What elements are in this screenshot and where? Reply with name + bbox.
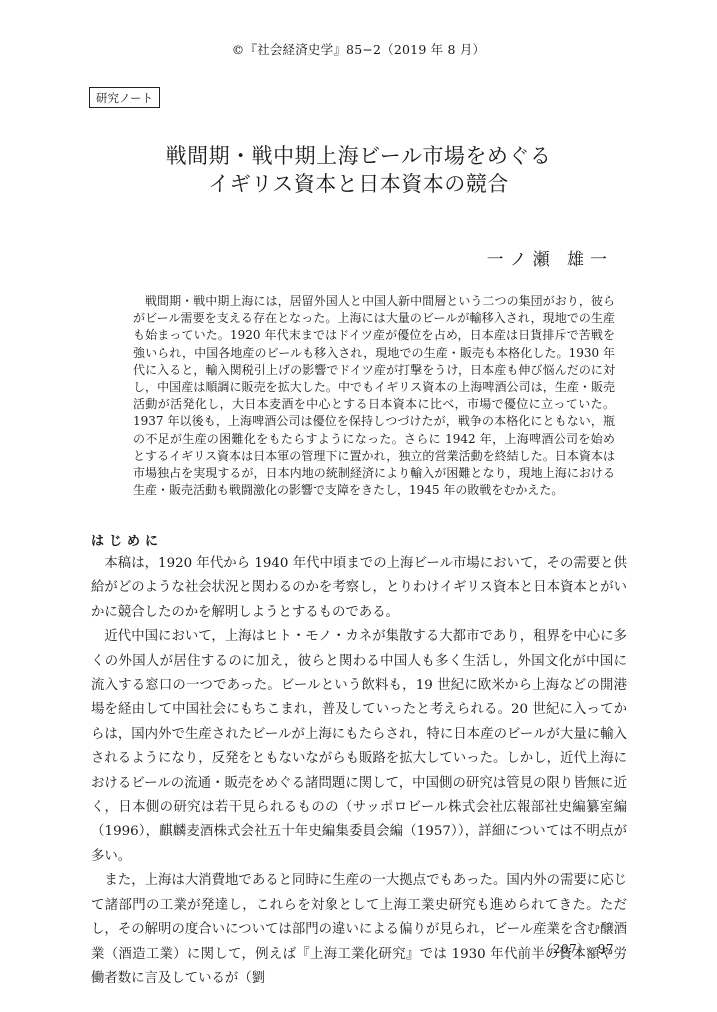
title-line-1: 戦間期・戦中期上海ビール市場をめぐる	[0, 142, 717, 170]
abstract: 戦間期・戦中期上海には，居留外国人と中国人新中間層という二つの集団がおり，彼らが…	[133, 293, 615, 499]
paragraph: 本稿は，1920 年代から 1940 年代中頃までの上海ビール市場において，その…	[91, 552, 627, 625]
page-number: 97	[598, 942, 614, 956]
original-page-number: （207）	[540, 942, 589, 956]
section-heading: はじめに	[91, 530, 163, 549]
paragraph: また，上海は大消費地であると同時に生産の一大拠点でもあった。国内外の需要に応じて…	[91, 869, 627, 991]
body-text: 本稿は，1920 年代から 1940 年代中頃までの上海ビール市場において，その…	[91, 552, 627, 991]
title-line-2: イギリス資本と日本資本の競合	[0, 170, 717, 198]
article-title: 戦間期・戦中期上海ビール市場をめぐる イギリス資本と日本資本の競合	[0, 142, 717, 198]
article-type-label: 研究ノート	[89, 87, 160, 108]
journal-header: ©『社会経済史学』85−2（2019 年 8 月）	[0, 40, 717, 58]
page-footer: （207）97	[532, 940, 614, 957]
abstract-text: 戦間期・戦中期上海には，居留外国人と中国人新中間層という二つの集団がおり，彼らが…	[133, 293, 615, 499]
author-name: 一ノ瀬 雄一	[487, 245, 613, 270]
paragraph: 近代中国において，上海はヒト・モノ・カネが集散する大都市であり，租界を中心に多く…	[91, 625, 627, 869]
